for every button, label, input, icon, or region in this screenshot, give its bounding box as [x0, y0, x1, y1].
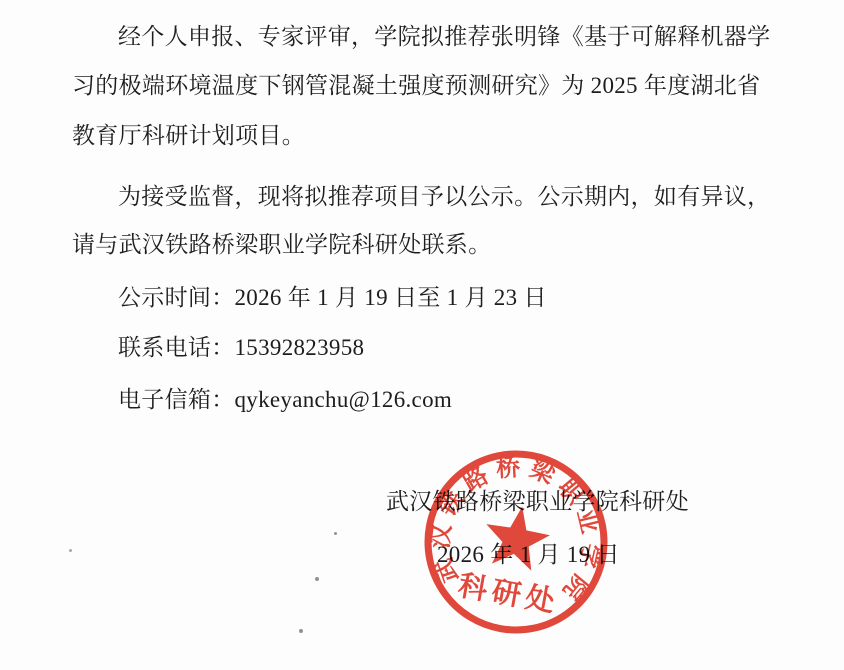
- paragraph2-line1: 为接受监督，现将拟推荐项目予以公示。公示期内，如有异议，: [118, 182, 770, 212]
- scan-speck: [69, 549, 72, 552]
- paragraph1-line3: 教育厅科研计划项目。: [72, 121, 305, 151]
- scan-speck: [299, 629, 303, 633]
- paragraph1-line1: 经个人申报、专家评审，学院拟推荐张明锋《基于可解释机器学: [118, 22, 770, 52]
- contact-phone-line: 联系电话：15392823958: [118, 333, 364, 363]
- official-seal-graphic: 武汉铁路桥梁职业学院 科研处: [412, 438, 620, 646]
- paragraph2-line2: 请与武汉铁路桥梁职业学院科研处联系。: [72, 230, 491, 260]
- document-page: 经个人申报、专家评审，学院拟推荐张明锋《基于可解释机器学 习的极端环境温度下钢管…: [0, 0, 844, 670]
- contact-email-line: 电子信箱：qykeyanchu@126.com: [118, 385, 452, 415]
- seal-center-text: 科研处: [456, 568, 562, 619]
- scan-speck: [334, 532, 337, 535]
- seal-star-icon: [480, 501, 554, 573]
- official-seal: 武汉铁路桥梁职业学院 科研处: [412, 438, 620, 646]
- paragraph1-line2: 习的极端环境温度下钢管混凝土强度预测研究》为 2025 年度湖北省: [72, 71, 760, 101]
- scan-speck: [315, 577, 319, 581]
- publicity-period-line: 公示时间：2026 年 1 月 19 日至 1 月 23 日: [118, 283, 547, 313]
